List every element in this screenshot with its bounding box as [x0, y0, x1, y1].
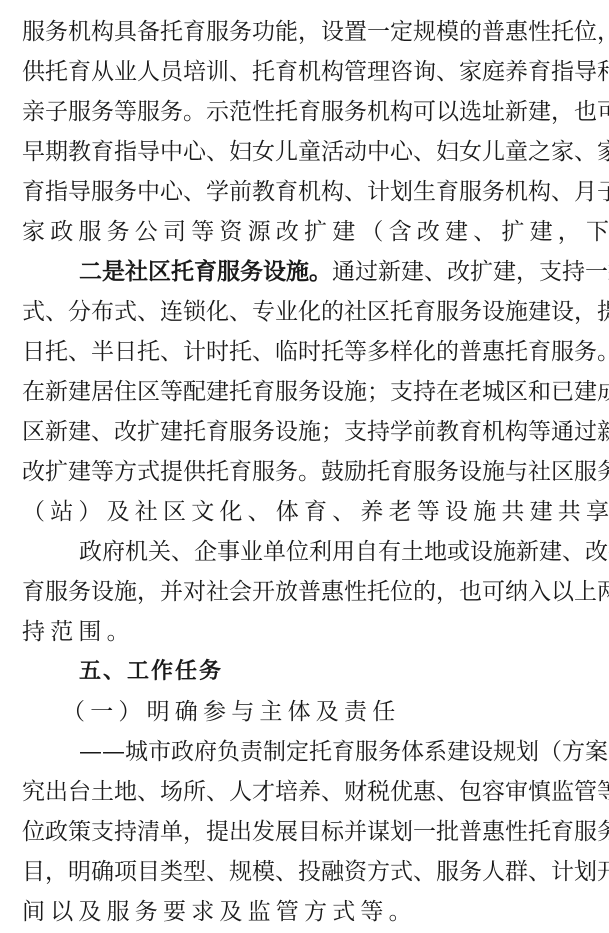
text-line: 服务机构具备托育服务功能，设置一定规模的普惠性托位，并提 — [22, 12, 594, 52]
text-line: 早期教育指导中心、妇女儿童活动中心、妇女儿童之家、家庭教 — [22, 132, 594, 172]
text-line: 位政策支持清单，提出发展目标并谋划一批普惠性托育服务项 — [22, 812, 594, 852]
document-page: 服务机构具备托育服务功能，设置一定规模的普惠性托位，并提 供托育从业人员培训、托… — [22, 12, 594, 932]
text-line: 区新建、改扩建托育服务设施；支持学前教育机构等通过新建、 — [22, 412, 594, 452]
text-line-first: 二是社区托育服务设施。通过新建、改扩建，支持一批嵌入 — [22, 252, 594, 292]
text-line-first: ——城市政府负责制定托育服务体系建设规划（方案），研 — [22, 732, 594, 772]
paragraph-city-government: ——城市政府负责制定托育服务体系建设规划（方案），研 究出台土地、场所、人才培养… — [22, 732, 594, 932]
text-line: （站）及社区文化、体育、养老等设施共建共享。 — [22, 492, 594, 532]
paragraph-community-facilities: 二是社区托育服务设施。通过新建、改扩建，支持一批嵌入 式、分布式、连锁化、专业化… — [22, 252, 594, 532]
text-line: 究出台土地、场所、人才培养、财税优惠、包容审慎监管等全方 — [22, 772, 594, 812]
text-line: 亲子服务等服务。示范性托育服务机构可以选址新建，也可利用 — [22, 92, 594, 132]
text-line: 在新建居住区等配建托育服务设施；支持在老城区和已建成居住 — [22, 372, 594, 412]
text-line: 育服务设施，并对社会开放普惠性托位的，也可纳入以上两类支 — [22, 572, 594, 612]
text-line: 家政服务公司等资源改扩建（含改建、扩建，下同）。 — [22, 212, 594, 252]
text-line: 改扩建等方式提供托育服务。鼓励托育服务设施与社区服务中心 — [22, 452, 594, 492]
text-line: 目，明确项目类型、规模、投融资方式、服务人群、计划开工时 — [22, 852, 594, 892]
paragraph-lead-bold: 二是社区托育服务设施。 — [79, 258, 332, 285]
sub-heading: （一）明确参与主体及责任 — [22, 692, 594, 732]
paragraph-continuation: 服务机构具备托育服务功能，设置一定规模的普惠性托位，并提 供托育从业人员培训、托… — [22, 12, 594, 252]
paragraph-government-agencies: 政府机关、企事业单位利用自有土地或设施新建、改扩建托 育服务设施，并对社会开放普… — [22, 532, 594, 652]
text-line: 式、分布式、连锁化、专业化的社区托育服务设施建设，提供全 — [22, 292, 594, 332]
section-heading: 五、工作任务 — [22, 652, 594, 692]
paragraph-lead-rest: 通过新建、改扩建，支持一批嵌入 — [332, 259, 609, 285]
text-line: 持范围。 — [22, 612, 594, 652]
text-line: 日托、半日托、计时托、临时托等多样化的普惠托育服务。支持 — [22, 332, 594, 372]
text-line-first: 政府机关、企事业单位利用自有土地或设施新建、改扩建托 — [22, 532, 594, 572]
text-line: 育指导服务中心、学前教育机构、计划生育服务机构、月子中心、 — [22, 172, 594, 212]
text-line: 间以及服务要求及监管方式等。 — [22, 892, 594, 932]
text-line: 供托育从业人员培训、托育机构管理咨询、家庭养育指导和社区 — [22, 52, 594, 92]
